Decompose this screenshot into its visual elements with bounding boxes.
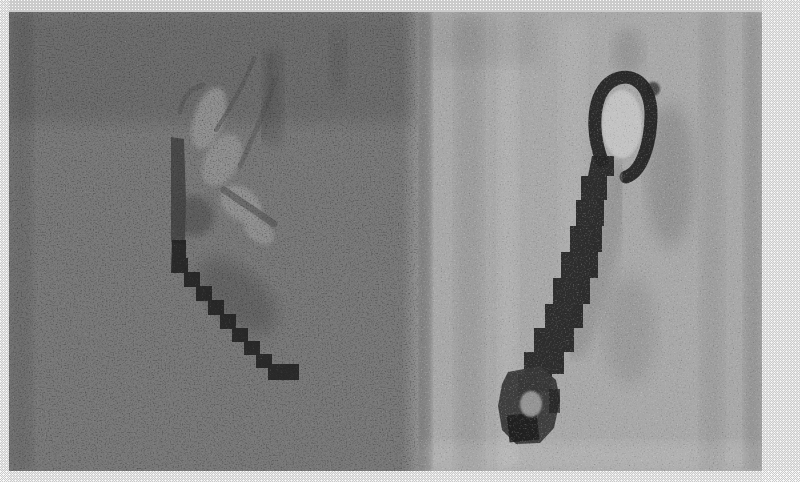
photo-figure-svg bbox=[0, 0, 800, 482]
film-grain-overlay-left bbox=[9, 12, 418, 471]
border-dither-bottom bbox=[0, 471, 800, 482]
border-dither-left bbox=[0, 0, 9, 482]
patent-photo-figure bbox=[0, 0, 800, 482]
border-dither-right bbox=[762, 0, 800, 482]
film-grain-overlay-right bbox=[418, 12, 762, 471]
